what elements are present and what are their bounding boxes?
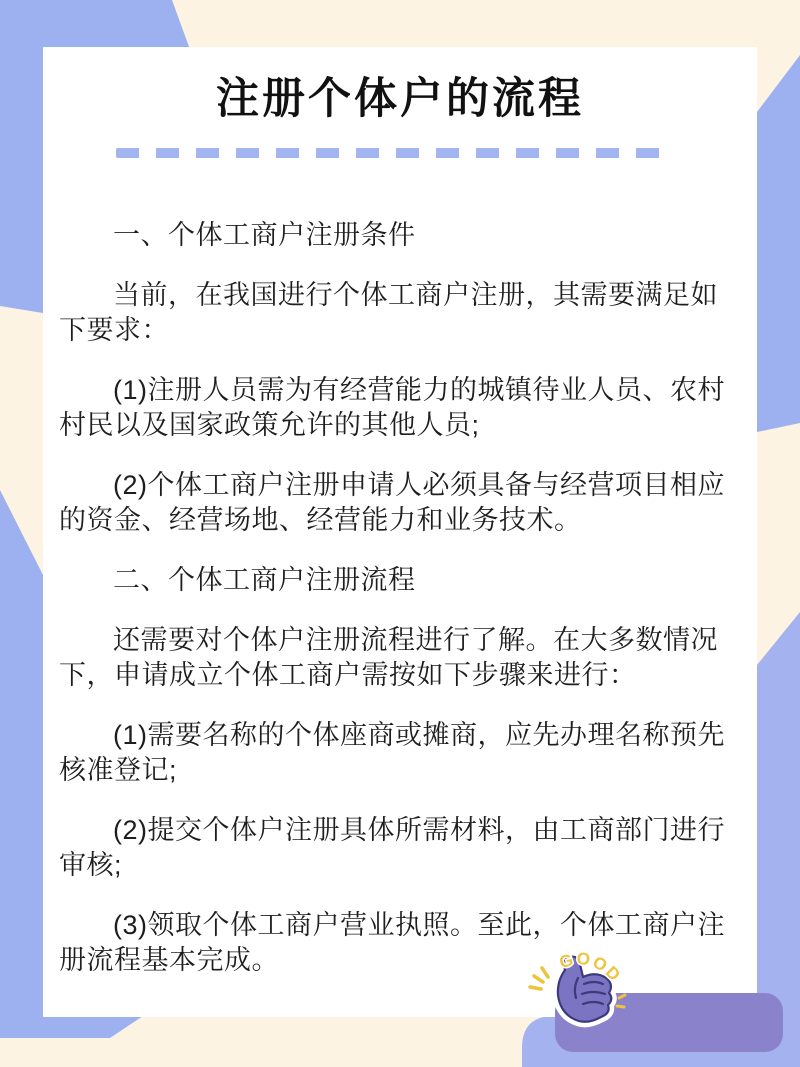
good-sticker: GOOD	[521, 946, 633, 1042]
dashed-divider	[116, 148, 676, 158]
poster-page: 注册个体户的流程 一、个体工商户注册条件当前，在我国进行个体工商户注册，其需要满…	[0, 0, 800, 1067]
list-item: (1)注册人员需为有经营能力的城镇待业人员、农村村民以及国家政策允许的其他人员;	[59, 373, 743, 443]
list-item: (1)需要名称的个体座商或摊商，应先办理名称预先核准登记;	[59, 718, 743, 788]
section-heading-1: 一、个体工商户注册条件	[59, 218, 743, 253]
page-title: 注册个体户的流程	[43, 76, 757, 124]
section-heading-2: 二、个体工商户注册流程	[59, 563, 743, 598]
content-blocks: 一、个体工商户注册条件当前，在我国进行个体工商户注册，其需要满足如下要求：(1)…	[59, 218, 743, 978]
list-item: (2)个体工商户注册申请人必须具备与经营项目相应的资金、经营场地、经营能力和业务…	[59, 468, 743, 538]
list-item: (3)领取个体工商户营业执照。至此，个体工商户注册流程基本完成。	[59, 908, 743, 978]
list-item: (2)提交个体户注册具体所需材料，由工商部门进行审核;	[59, 813, 743, 883]
sparkle-icon	[617, 995, 625, 1007]
paragraph: 当前，在我国进行个体工商户注册，其需要满足如下要求：	[59, 278, 743, 348]
shape-right-upper	[757, 55, 800, 432]
paragraph: 还需要对个体户注册流程进行了解。在大多数情况下，申请成立个体工商户需按如下步骤来…	[59, 623, 743, 693]
burst-lines-icon	[530, 968, 548, 989]
